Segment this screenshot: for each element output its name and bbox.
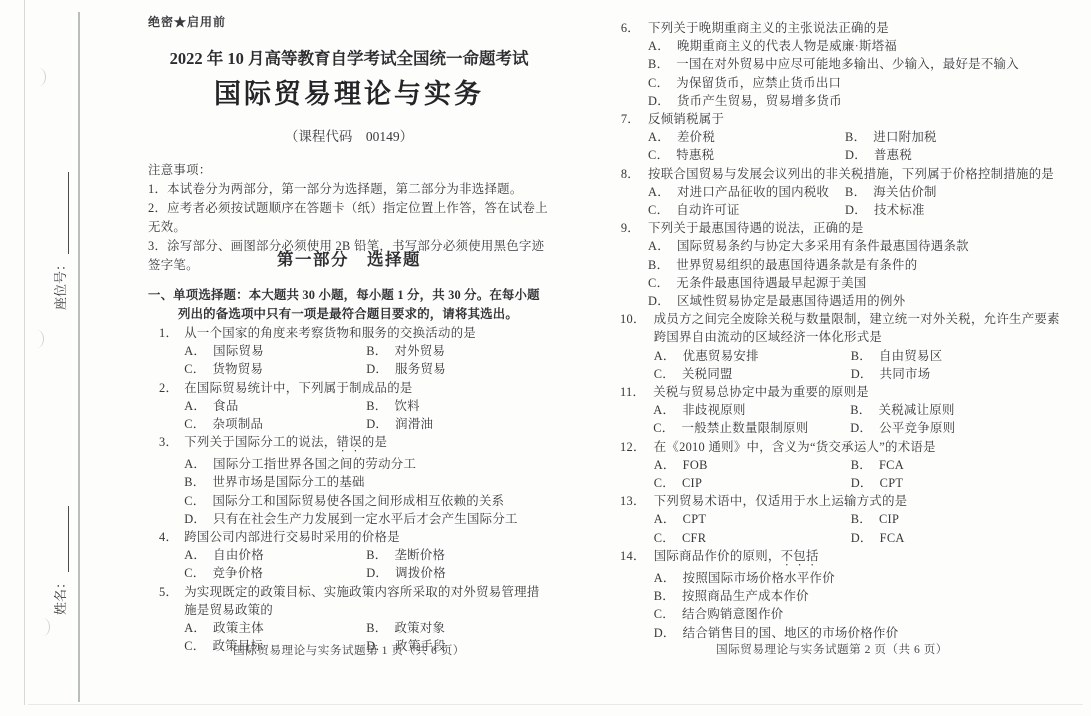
option-label: D． bbox=[850, 419, 872, 437]
option-label: D． bbox=[845, 146, 867, 164]
option-label: A． bbox=[648, 237, 670, 255]
option-label: A． bbox=[184, 619, 206, 637]
option-text: 为保留货币，应禁止货币出口 bbox=[676, 76, 841, 90]
option-item: C．一般禁止数量限制原则 bbox=[653, 419, 850, 437]
option-item: C．自动许可证 bbox=[648, 201, 845, 219]
seat-number-field: 座位号： bbox=[51, 134, 69, 310]
option-item: D．货币产生贸易，贸易增多货币 bbox=[648, 92, 1068, 110]
option-item: A．自由价格 bbox=[184, 546, 366, 564]
question-item: 6． 下列关于晚期重商主义的主张说法正确的是 A．晚期重商主义的代表人物是威廉·… bbox=[620, 19, 1068, 110]
option-text: 一般禁止数量限制原则 bbox=[682, 421, 809, 435]
option-item: B．海关估价制 bbox=[845, 183, 1068, 201]
option-text: 政策主体 bbox=[213, 621, 264, 635]
question-item: 11． 关税与贸易总协定中最为重要的原则是 A．非歧视原则B．关税减让原则C．一… bbox=[620, 383, 1068, 438]
option-item: D．技术标准 bbox=[845, 201, 1068, 219]
exam-session-line: 2022 年 10 月高等教育自学考试全国统一命题考试 bbox=[146, 45, 552, 69]
option-item: D．普惠税 bbox=[845, 146, 1068, 164]
question-number: 8． bbox=[620, 165, 640, 220]
option-label: C． bbox=[184, 360, 205, 378]
option-text: 公平竞争原则 bbox=[879, 421, 955, 435]
option-label: D． bbox=[648, 92, 670, 110]
option-item: C．杂项制品 bbox=[184, 415, 366, 433]
option-text: 对外贸易 bbox=[394, 344, 445, 358]
question-number: 13． bbox=[620, 492, 646, 547]
option-text: 对进口产品征收的国内税收 bbox=[677, 185, 829, 199]
option-label: C． bbox=[184, 415, 205, 433]
option-item: C．货物贸易 bbox=[184, 360, 366, 378]
option-label: A． bbox=[184, 455, 206, 473]
question-item: 2． 在国际贸易统计中，下列属于制成品的是 A．食品B．饮料C．杂项制品D．润滑… bbox=[146, 379, 552, 434]
question-item: 9． 下列关于最惠国待遇的说法，正确的是 A．国际贸易条约与协定大多采用有条件最… bbox=[620, 219, 1068, 310]
option-label: A． bbox=[184, 342, 206, 360]
question-number: 11． bbox=[620, 383, 645, 438]
question-stem: 反倾销税属于 bbox=[648, 110, 1068, 128]
seat-number-blank bbox=[55, 172, 69, 254]
stem-emphasis: 错误 bbox=[336, 435, 361, 449]
option-text: 只有在社会生产力发展到一定水平后才会产生国际分工 bbox=[213, 512, 518, 526]
option-item: B．FCA bbox=[851, 456, 1068, 474]
option-label: D． bbox=[845, 201, 867, 219]
note-item: 2．应考者必须按试题顺序在答题卡（纸）指定位置上作答，答在试卷上无效。 bbox=[148, 199, 552, 237]
option-label: D． bbox=[366, 360, 388, 378]
option-item: D．区域性贸易协定是最惠国待遇适用的例外 bbox=[648, 292, 1068, 310]
question-options: A．CPTB．CIPC．CFRD．FCA bbox=[654, 510, 1068, 546]
option-label: C． bbox=[648, 146, 669, 164]
option-label: C． bbox=[654, 365, 675, 383]
question-stem: 下列贸易术语中，仅适用于水上运输方式的是 bbox=[654, 492, 1068, 510]
scan-mark bbox=[30, 330, 44, 348]
question-stem: 国际商品作价的原则，不包括 bbox=[654, 547, 1068, 569]
option-item: C．竞争价格 bbox=[184, 564, 366, 582]
option-text: FCA bbox=[880, 531, 905, 545]
option-label: B． bbox=[851, 347, 872, 365]
option-text: 普惠税 bbox=[874, 148, 912, 162]
question-item: 7． 反倾销税属于 A．差价税B．进口附加税C．特惠税D．普惠税 bbox=[620, 110, 1068, 165]
note-item: 1．本试卷分为两部分，第一部分为选择题，第二部分为非选择题。 bbox=[148, 180, 552, 199]
option-item: B．对外贸易 bbox=[366, 342, 552, 360]
option-label: D． bbox=[851, 365, 873, 383]
option-text: 结合销售目的国、地区的市场价格作价 bbox=[683, 626, 899, 640]
question-item: 12． 在《2010 通则》中，含义为“货交承运人”的术语是 A．FOBB．FC… bbox=[620, 438, 1068, 493]
question-stem: 关税与贸易总协定中最为重要的原则是 bbox=[653, 383, 1068, 401]
section-intro: 一、单项选择题：本大题共 30 小题，每小题 1 分，共 30 分。在每小题列出… bbox=[148, 286, 550, 323]
page-1: 绝密★启用前 2022 年 10 月高等教育自学考试全国统一命题考试 国际贸易理… bbox=[146, 0, 552, 716]
option-text: 垄断价格 bbox=[394, 548, 445, 562]
option-item: A．优惠贸易安排 bbox=[654, 347, 851, 365]
exam-paper-scan: 座位号： 姓名： 绝密★启用前 2022 年 10 月高等教育自学考试全国统一命… bbox=[0, 0, 1091, 716]
option-text: 世界贸易组织的最惠国待遇条款是有条件的 bbox=[676, 258, 917, 272]
option-label: C． bbox=[654, 474, 675, 492]
option-label: A． bbox=[654, 456, 676, 474]
option-label: B． bbox=[851, 456, 872, 474]
question-number: 1． bbox=[146, 324, 178, 379]
option-label: D． bbox=[851, 529, 873, 547]
option-item: D．CPT bbox=[851, 474, 1068, 492]
question-options: A．FOBB．FCAC．CIPD．CPT bbox=[654, 456, 1068, 492]
option-label: B． bbox=[648, 55, 669, 73]
option-label: A． bbox=[653, 401, 675, 419]
page2-footer: 国际贸易理论与实务试题第 2 页（共 6 页） bbox=[620, 641, 1044, 657]
option-item: C．CIP bbox=[654, 474, 851, 492]
option-text: 海关估价制 bbox=[873, 185, 936, 199]
question-number: 10． bbox=[620, 310, 646, 383]
option-item: D．公平竞争原则 bbox=[850, 419, 1068, 437]
option-item: B．进口附加税 bbox=[845, 128, 1068, 146]
question-number: 7． bbox=[620, 110, 640, 165]
name-blank bbox=[55, 506, 69, 572]
question-options: A．国际分工指世界各国之间的劳动分工B．世界市场是国际分工的基础C．国际分工和国… bbox=[184, 455, 552, 528]
option-text: 进口附加税 bbox=[873, 130, 936, 144]
option-text: CPT bbox=[683, 512, 707, 526]
option-label: D． bbox=[184, 510, 206, 528]
option-label: A． bbox=[648, 128, 670, 146]
option-text: 国际分工指世界各国之间的劳动分工 bbox=[213, 457, 416, 471]
question-stem: 在《2010 通则》中，含义为“货交承运人”的术语是 bbox=[654, 438, 1068, 456]
scan-left-edge bbox=[24, 0, 25, 705]
option-item: A．FOB bbox=[654, 456, 851, 474]
question-options: A．晚期重商主义的代表人物是威廉·斯塔福B．一国在对外贸易中应尽可能地多输出、少… bbox=[648, 37, 1068, 110]
option-label: B． bbox=[366, 397, 387, 415]
option-item: A．政策主体 bbox=[184, 619, 366, 637]
option-item: D．只有在社会生产力发展到一定水平后才会产生国际分工 bbox=[184, 510, 552, 528]
question-column-page1: 1． 从一个国家的角度来考察货物和服务的交换活动的是 A．国际贸易B．对外贸易C… bbox=[146, 324, 552, 655]
question-number: 14． bbox=[620, 547, 646, 642]
option-label: B． bbox=[366, 546, 387, 564]
option-label: D． bbox=[654, 624, 676, 642]
option-text: 优惠贸易安排 bbox=[683, 349, 759, 363]
question-number: 6． bbox=[620, 19, 640, 110]
option-text: 共同市场 bbox=[880, 367, 931, 381]
option-text: CIP bbox=[682, 476, 702, 490]
page-2: 6． 下列关于晚期重商主义的主张说法正确的是 A．晚期重商主义的代表人物是威廉·… bbox=[620, 0, 1068, 716]
question-item: 1． 从一个国家的角度来考察货物和服务的交换活动的是 A．国际贸易B．对外贸易C… bbox=[146, 324, 552, 379]
option-label: A． bbox=[654, 510, 676, 528]
option-text: 自由价格 bbox=[213, 548, 264, 562]
option-text: 无条件最惠国待遇最早起源于美国 bbox=[676, 276, 866, 290]
option-item: A．按照国际市场价格水平作价 bbox=[654, 569, 1068, 587]
question-number: 4． bbox=[146, 528, 178, 583]
question-options: A．对进口产品征收的国内税收B．海关估价制C．自动许可证D．技术标准 bbox=[648, 183, 1068, 219]
option-text: 自动许可证 bbox=[676, 203, 739, 217]
option-item: B．按照商品生产成本作价 bbox=[654, 587, 1068, 605]
option-item: A．差价税 bbox=[648, 128, 845, 146]
option-label: B． bbox=[845, 183, 866, 201]
option-text: 润滑油 bbox=[395, 417, 433, 431]
option-item: A．国际贸易条约与协定大多采用有条件最惠国待遇条款 bbox=[648, 237, 1068, 255]
option-label: B． bbox=[850, 401, 871, 419]
option-item: D．FCA bbox=[851, 529, 1068, 547]
option-label: B． bbox=[845, 128, 866, 146]
course-code: （课程代码 00149） bbox=[146, 125, 552, 145]
question-options: A．自由价格B．垄断价格C．竞争价格D．调拨价格 bbox=[184, 546, 552, 582]
option-label: C． bbox=[648, 274, 669, 292]
option-label: B． bbox=[654, 587, 675, 605]
option-text: 竞争价格 bbox=[212, 566, 263, 580]
seat-number-label: 座位号： bbox=[50, 258, 69, 310]
question-stem: 在国际贸易统计中，下列属于制成品的是 bbox=[184, 379, 552, 397]
question-stem: 下列关于晚期重商主义的主张说法正确的是 bbox=[648, 19, 1068, 37]
question-stem: 下列关于国际分工的说法，错误的是 bbox=[184, 433, 552, 455]
option-label: C． bbox=[184, 564, 205, 582]
question-item: 3． 下列关于国际分工的说法，错误的是 A．国际分工指世界各国之间的劳动分工B．… bbox=[146, 433, 552, 528]
option-label: B． bbox=[648, 256, 669, 274]
option-text: 国际贸易 bbox=[213, 344, 264, 358]
option-label: B． bbox=[366, 619, 387, 637]
stem-emphasis: 不包括 bbox=[781, 549, 819, 563]
option-item: B．一国在对外贸易中应尽可能地多输出、少输入，最好是不输入 bbox=[648, 55, 1068, 73]
option-item: A．食品 bbox=[184, 397, 366, 415]
option-text: 货币产生贸易，贸易增多货币 bbox=[677, 94, 842, 108]
option-text: 服务贸易 bbox=[395, 362, 446, 376]
notes-heading: 注意事项： bbox=[148, 161, 552, 180]
option-text: 杂项制品 bbox=[212, 417, 263, 431]
exam-title: 国际贸易理论与实务 bbox=[146, 72, 552, 111]
question-number: 9． bbox=[620, 219, 640, 310]
option-text: 一国在对外贸易中应尽可能地多输出、少输入，最好是不输入 bbox=[676, 57, 1019, 71]
option-text: 按照国际市场价格水平作价 bbox=[683, 571, 835, 585]
option-item: D．共同市场 bbox=[851, 365, 1068, 383]
option-item: C．CFR bbox=[654, 529, 851, 547]
option-text: 国际贸易条约与协定大多采用有条件最惠国待遇条款 bbox=[677, 239, 969, 253]
option-item: C．关税同盟 bbox=[654, 365, 851, 383]
name-field: 姓名： bbox=[51, 489, 69, 615]
option-label: D． bbox=[648, 292, 670, 310]
option-text: CIP bbox=[879, 512, 899, 526]
question-number: 2． bbox=[146, 379, 178, 434]
option-item: B．世界市场是国际分工的基础 bbox=[184, 473, 552, 491]
option-label: A． bbox=[654, 569, 676, 587]
question-options: A．非歧视原则B．关税减让原则C．一般禁止数量限制原则D．公平竞争原则 bbox=[653, 401, 1068, 437]
option-label: C． bbox=[653, 419, 674, 437]
option-label: A． bbox=[184, 397, 206, 415]
question-options: A．按照国际市场价格水平作价B．按照商品生产成本作价C．结合购销意图作价D．结合… bbox=[654, 569, 1068, 642]
question-item: 13． 下列贸易术语中，仅适用于水上运输方式的是 A．CPTB．CIPC．CFR… bbox=[620, 492, 1068, 547]
question-stem: 为实现既定的政策目标、实施政策内容所采取的对外贸易管理措施是贸易政策的 bbox=[184, 583, 552, 619]
option-text: 政策对象 bbox=[394, 621, 445, 635]
option-item: A．晚期重商主义的代表人物是威廉·斯塔福 bbox=[648, 37, 1068, 55]
option-text: 调拨价格 bbox=[395, 566, 446, 580]
option-text: 货物贸易 bbox=[212, 362, 263, 376]
option-text: CPT bbox=[880, 476, 904, 490]
option-text: 饮料 bbox=[394, 399, 419, 413]
option-item: A．国际分工指世界各国之间的劳动分工 bbox=[184, 455, 552, 473]
option-label: D． bbox=[366, 564, 388, 582]
option-text: 差价税 bbox=[677, 130, 715, 144]
option-item: A．国际贸易 bbox=[184, 342, 366, 360]
scan-mark bbox=[36, 618, 50, 636]
option-item: A．非歧视原则 bbox=[653, 401, 850, 419]
name-label: 姓名： bbox=[50, 576, 69, 615]
option-item: C．特惠税 bbox=[648, 146, 845, 164]
option-label: A． bbox=[648, 183, 670, 201]
classification-label: 绝密★启用前 bbox=[148, 13, 226, 30]
option-label: C． bbox=[654, 529, 675, 547]
option-text: FCA bbox=[879, 458, 904, 472]
question-stem: 跨国公司内部进行交易时采用的价格是 bbox=[184, 528, 552, 546]
scan-mark bbox=[32, 68, 46, 86]
option-text: 按照商品生产成本作价 bbox=[682, 589, 809, 603]
option-item: B．世界贸易组织的最惠国待遇条款是有条件的 bbox=[648, 256, 1068, 274]
option-text: 非歧视原则 bbox=[682, 403, 745, 417]
option-label: D． bbox=[851, 474, 873, 492]
option-item: C．为保留货币，应禁止货币出口 bbox=[648, 74, 1068, 92]
question-column-page2: 6． 下列关于晚期重商主义的主张说法正确的是 A．晚期重商主义的代表人物是威廉·… bbox=[620, 19, 1068, 642]
option-item: D．结合销售目的国、地区的市场价格作价 bbox=[654, 624, 1068, 642]
margin-rule bbox=[78, 12, 80, 702]
option-text: 自由贸易区 bbox=[879, 349, 942, 363]
option-text: 关税同盟 bbox=[682, 367, 733, 381]
option-label: C． bbox=[184, 492, 205, 510]
option-item: B．关税减让原则 bbox=[850, 401, 1068, 419]
option-text: 区域性贸易协定是最惠国待遇适用的例外 bbox=[677, 294, 905, 308]
page1-footer: 国际贸易理论与实务试题第 1 页（共 6 页） bbox=[146, 642, 552, 658]
option-label: B． bbox=[366, 342, 387, 360]
option-item: B．饮料 bbox=[366, 397, 552, 415]
question-options: A．国际贸易B．对外贸易C．货物贸易D．服务贸易 bbox=[184, 342, 552, 378]
option-text: 国际分工和国际贸易使各国之间形成相互依赖的关系 bbox=[212, 494, 504, 508]
option-item: C．结合购销意图作价 bbox=[654, 605, 1068, 623]
option-item: C．国际分工和国际贸易使各国之间形成相互依赖的关系 bbox=[184, 492, 552, 510]
question-options: A．优惠贸易安排B．自由贸易区C．关税同盟D．共同市场 bbox=[654, 347, 1068, 383]
option-label: A． bbox=[654, 347, 676, 365]
question-item: 4． 跨国公司内部进行交易时采用的价格是 A．自由价格B．垄断价格C．竞争价格D… bbox=[146, 528, 552, 583]
question-item: 10． 成员方之间完全废除关税与数量限制，建立统一对外关税，允许生产要素跨国界自… bbox=[620, 310, 1068, 383]
option-item: A．对进口产品征收的国内税收 bbox=[648, 183, 845, 201]
option-text: 食品 bbox=[213, 399, 238, 413]
question-options: A．食品B．饮料C．杂项制品D．润滑油 bbox=[184, 397, 552, 433]
question-options: A．国际贸易条约与协定大多采用有条件最惠国待遇条款B．世界贸易组织的最惠国待遇条… bbox=[648, 237, 1068, 310]
option-label: C． bbox=[648, 201, 669, 219]
option-text: 关税减让原则 bbox=[879, 403, 955, 417]
question-stem: 成员方之间完全废除关税与数量限制，建立统一对外关税，允许生产要素跨国界自由流动的… bbox=[654, 310, 1068, 346]
option-item: C．无条件最惠国待遇最早起源于美国 bbox=[648, 274, 1068, 292]
question-stem: 按联合国贸易与发展会议列出的非关税措施，下列属于价格控制措施的是 bbox=[648, 165, 1068, 183]
question-options: A．差价税B．进口附加税C．特惠税D．普惠税 bbox=[648, 128, 1068, 164]
option-item: D．润滑油 bbox=[366, 415, 552, 433]
option-text: 世界市场是国际分工的基础 bbox=[212, 475, 364, 489]
option-text: FOB bbox=[683, 458, 708, 472]
question-item: 8． 按联合国贸易与发展会议列出的非关税措施，下列属于价格控制措施的是 A．对进… bbox=[620, 165, 1068, 220]
option-label: A． bbox=[648, 37, 670, 55]
option-item: B．自由贸易区 bbox=[851, 347, 1068, 365]
part1-heading: 第一部分 选择题 bbox=[146, 246, 552, 270]
option-item: B．政策对象 bbox=[366, 619, 552, 637]
option-item: D．服务贸易 bbox=[366, 360, 552, 378]
question-number: 3． bbox=[146, 433, 178, 528]
question-stem: 下列关于最惠国待遇的说法，正确的是 bbox=[648, 219, 1068, 237]
option-label: C． bbox=[648, 74, 669, 92]
option-label: A． bbox=[184, 546, 206, 564]
option-label: C． bbox=[654, 605, 675, 623]
question-stem: 从一个国家的角度来考察货物和服务的交换活动的是 bbox=[184, 324, 552, 342]
option-item: D．调拨价格 bbox=[366, 564, 552, 582]
option-label: B． bbox=[851, 510, 872, 528]
option-item: B．垄断价格 bbox=[366, 546, 552, 564]
option-item: B．CIP bbox=[851, 510, 1068, 528]
option-item: A．CPT bbox=[654, 510, 851, 528]
option-label: B． bbox=[184, 473, 205, 491]
option-text: CFR bbox=[682, 531, 706, 545]
option-text: 晚期重商主义的代表人物是威廉·斯塔福 bbox=[677, 39, 897, 53]
option-text: 特惠税 bbox=[676, 148, 714, 162]
option-text: 技术标准 bbox=[874, 203, 925, 217]
option-label: D． bbox=[366, 415, 388, 433]
option-text: 结合购销意图作价 bbox=[682, 607, 784, 621]
question-number: 12． bbox=[620, 438, 646, 493]
question-item: 14． 国际商品作价的原则，不包括 A．按照国际市场价格水平作价B．按照商品生产… bbox=[620, 547, 1068, 642]
